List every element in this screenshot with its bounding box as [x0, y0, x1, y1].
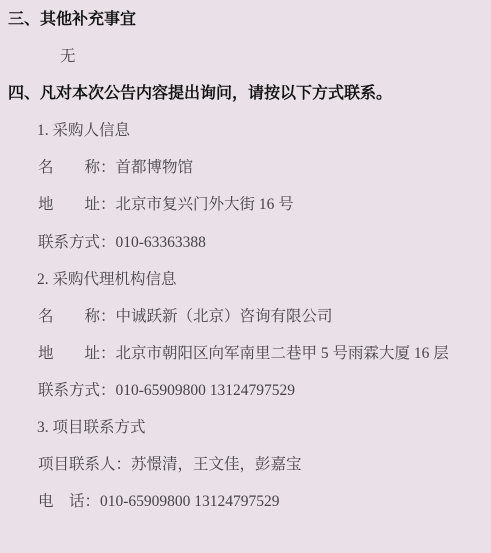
- project-contact-person-line: 项目联系人：苏憬清，王文佳，彭嘉宝: [38, 446, 491, 483]
- other-matters-content: 无: [60, 38, 491, 75]
- purchaser-info-title: 1. 采购人信息: [37, 112, 491, 149]
- purchaser-name-line: 名 称：首都博物馆: [38, 149, 491, 186]
- section-heading-inquiry-contact: 四、凡对本次公告内容提出询问，请按以下方式联系。: [8, 75, 491, 112]
- agency-address-line: 地 址：北京市朝阳区向军南里二巷甲 5 号雨霖大厦 16 层: [38, 335, 491, 372]
- project-contact-title: 3. 项目联系方式: [37, 409, 491, 446]
- section-heading-other-matters: 三、其他补充事宜: [8, 1, 491, 38]
- agency-info-title: 2. 采购代理机构信息: [37, 261, 491, 298]
- announcement-document: 三、其他补充事宜 无 四、凡对本次公告内容提出询问，请按以下方式联系。 1. 采…: [0, 0, 491, 553]
- agency-name-line: 名 称：中诚跃新（北京）咨询有限公司: [38, 298, 491, 335]
- project-phone-line: 电 话：010-65909800 13124797529: [38, 483, 491, 520]
- purchaser-contact-line: 联系方式：010-63363388: [38, 224, 491, 261]
- purchaser-address-line: 地 址：北京市复兴门外大街 16 号: [38, 186, 491, 223]
- agency-contact-line: 联系方式：010-65909800 13124797529: [38, 372, 491, 409]
